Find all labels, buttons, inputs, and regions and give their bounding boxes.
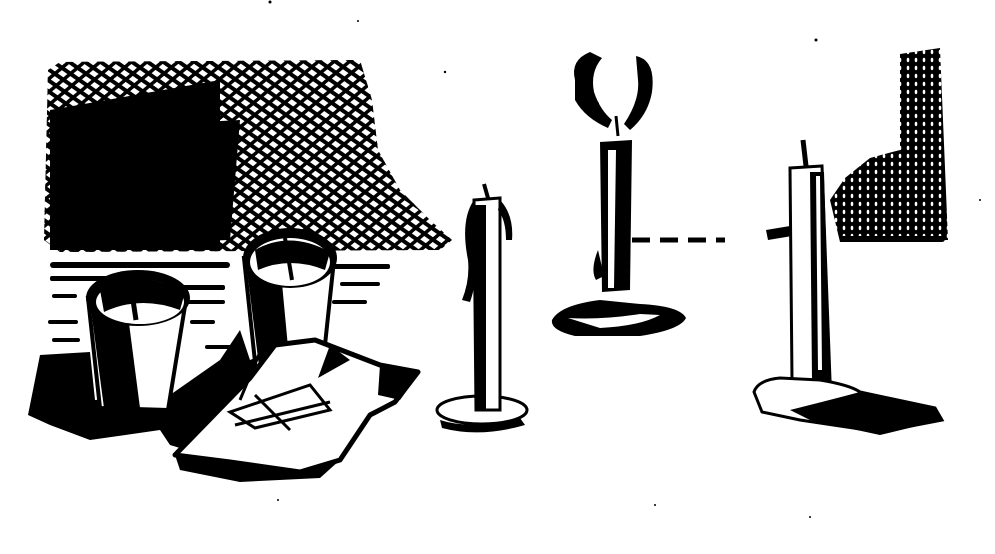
flame-halo-icon [574,52,653,136]
crosshatch-shadow-right [830,48,948,242]
candle-front [437,184,527,432]
still-life-illustration [0,0,995,554]
candle-lit [552,52,725,336]
cup-left [86,270,190,410]
